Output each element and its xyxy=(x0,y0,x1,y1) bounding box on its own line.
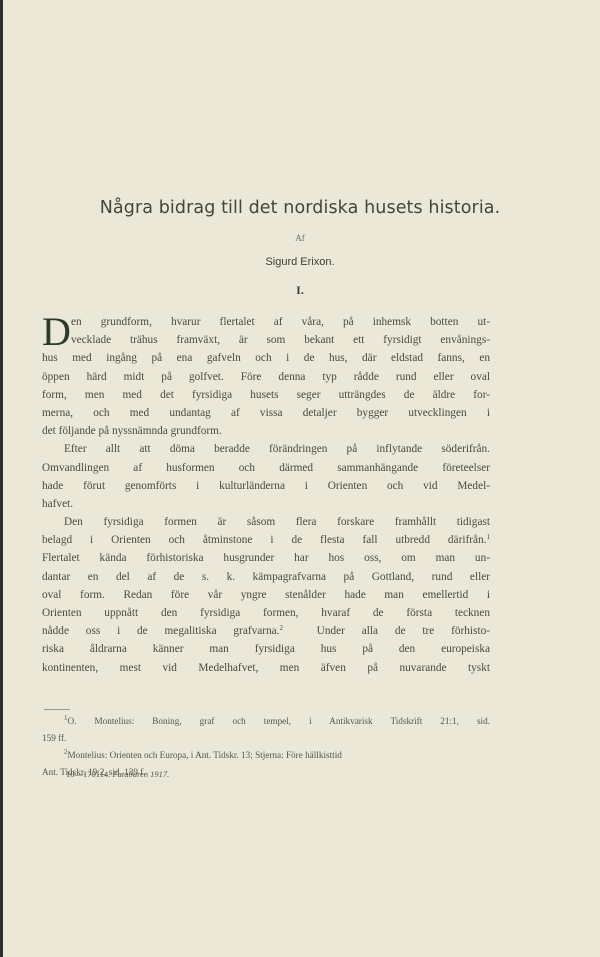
text-line: Flertalet kända förhistoriska husgrunder… xyxy=(42,549,490,567)
text-line: Omvandlingen af husformen och därmed sam… xyxy=(42,459,490,477)
text-fragment: nådde oss i de megalitiska grafvarna. xyxy=(42,625,280,637)
footnote-divider xyxy=(44,709,70,710)
text-line: Efter allt att döma beradde förändringen… xyxy=(42,440,490,458)
text-line: Den fyrsidiga formen är såsom flera fors… xyxy=(42,513,490,531)
text-line: Orienten uppnått den fyrsidiga formen, h… xyxy=(42,604,490,622)
text-line: riska åldrarna känner man fyrsidiga hus … xyxy=(42,640,490,658)
text-line: hade förut genomförts i kulturländerna i… xyxy=(42,477,490,495)
footnote-ref[interactable]: 1 xyxy=(487,533,491,541)
article-title: Några bidrag till det nordiska husets hi… xyxy=(0,198,600,218)
author-name: Sigurd Erixon. xyxy=(0,256,600,268)
text-line: nådde oss i de megalitiska grafvarna.2 U… xyxy=(42,622,490,640)
text-line: vecklade trähus framväxt, är som bekant … xyxy=(42,331,490,349)
text-line: hafvet. xyxy=(42,495,490,513)
text-fragment: Under alla de tre förhisto- xyxy=(317,625,490,637)
printer-signature: 10—170114. Fataburen 1917. xyxy=(66,769,169,779)
footnote-line: 1O. Montelius: Boning, graf och tempel, … xyxy=(42,713,490,730)
text-line: dantar en del af de s. k. kämpagrafvarna… xyxy=(42,568,490,586)
footnote-line: 159 ff. xyxy=(42,730,490,747)
drop-cap: D xyxy=(42,315,71,349)
text-line: hus med ingång på ena gafveln och i de h… xyxy=(42,349,490,367)
footnote-text: O. Montelius: Boning, graf och tempel, i… xyxy=(68,716,491,726)
text-fragment: belagd i Orienten och åtminstone i de fl… xyxy=(42,534,487,546)
text-line: det följande på nyssnämnda grundform. xyxy=(42,422,490,440)
text-line: form, men med det fyrsidiga husets seger… xyxy=(42,386,490,404)
text-line: kontinenten, mest vid Medelhafvet, men ä… xyxy=(42,659,490,677)
document-page: Några bidrag till det nordiska husets hi… xyxy=(0,0,600,957)
text-line: öppen härd midt på golfvet. Före denna t… xyxy=(42,368,490,386)
sheet-number: 10—170114. xyxy=(66,769,110,779)
text-line: merna, och med undantag af vissa detalje… xyxy=(42,404,490,422)
footnote-line: 2Montelius: Orienten och Europa, i Ant. … xyxy=(42,747,490,764)
publication-name: Fataburen 1917. xyxy=(112,769,169,779)
section-number: I. xyxy=(0,283,600,298)
footnote-ref[interactable]: 2 xyxy=(280,624,284,632)
footnote-text: Montelius: Orienten och Europa, i Ant. T… xyxy=(68,750,342,760)
text-line: belagd i Orienten och åtminstone i de fl… xyxy=(42,531,490,549)
text-line: oval form. Redan före vår yngre stenålde… xyxy=(42,586,490,604)
text-line: en grundform, hvarur flertalet af våra, … xyxy=(42,313,490,331)
body-text: D en grundform, hvarur flertalet af våra… xyxy=(42,313,490,677)
byline-prefix: Af xyxy=(0,233,600,243)
